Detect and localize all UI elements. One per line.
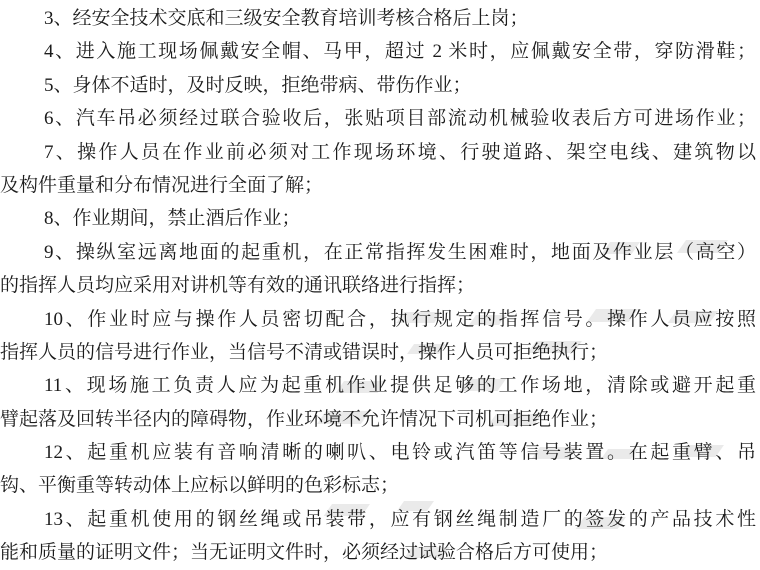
safety-rules-text: 3、经安全技术交底和三级安全教育培训考核合格后上岗；4、进入施工现场佩戴安全帽、… xyxy=(0,2,758,570)
text-line: 6、汽车吊必须经过联合验收后，张贴项目部流动机械验收表后方可进场作业； xyxy=(0,102,756,135)
text-line: 10、作业时应与操作人员密切配合，执行规定的指挥信号。操作人员应按照 xyxy=(0,303,756,336)
text-line: 5、身体不适时，及时反映，拒绝带病、带伤作业； xyxy=(0,69,756,102)
text-line: 4、进入施工现场佩戴安全帽、马甲，超过 2 米时，应佩戴安全带，穿防滑鞋； xyxy=(0,35,756,68)
text-line: 指挥人员的信号进行作业，当信号不清或错误时，操作人员可拒绝执行； xyxy=(0,336,756,369)
text-line: 能和质量的证明文件；当无证明文件时，必须经过试验合格后方可使用； xyxy=(0,536,756,569)
text-line: 7、操作人员在作业前必须对工作现场环境、行驶道路、架空电线、建筑物以 xyxy=(0,136,756,169)
text-line: 3、经安全技术交底和三级安全教育培训考核合格后上岗； xyxy=(0,2,756,35)
text-line: 9、操纵室远离地面的起重机，在正常指挥发生困难时，地面及作业层（高空） xyxy=(0,236,756,269)
text-line: 13、起重机使用的钢丝绳或吊装带，应有钢丝绳制造厂的签发的产品技术性 xyxy=(0,503,756,536)
text-line: 11、现场施工负责人应为起重机作业提供足够的工作场地，清除或避开起重 xyxy=(0,369,756,402)
text-line: 及构件重量和分布情况进行全面了解； xyxy=(0,169,756,202)
text-line: 12、起重机应装有音响清晰的喇叭、电铃或汽笛等信号装置。在起重臂、吊 xyxy=(0,436,756,469)
document-page: 3、经安全技术交底和三级安全教育培训考核合格后上岗；4、进入施工现场佩戴安全帽、… xyxy=(0,0,760,570)
text-line: 8、作业期间，禁止酒后作业； xyxy=(0,202,756,235)
text-line: 臂起落及回转半径内的障碍物，作业环境不允许情况下司机可拒绝作业； xyxy=(0,403,756,436)
text-line: 的指挥人员均应采用对讲机等有效的通讯联络进行指挥； xyxy=(0,269,756,302)
text-line: 钩、平衡重等转动体上应标以鲜明的色彩标志； xyxy=(0,469,756,502)
